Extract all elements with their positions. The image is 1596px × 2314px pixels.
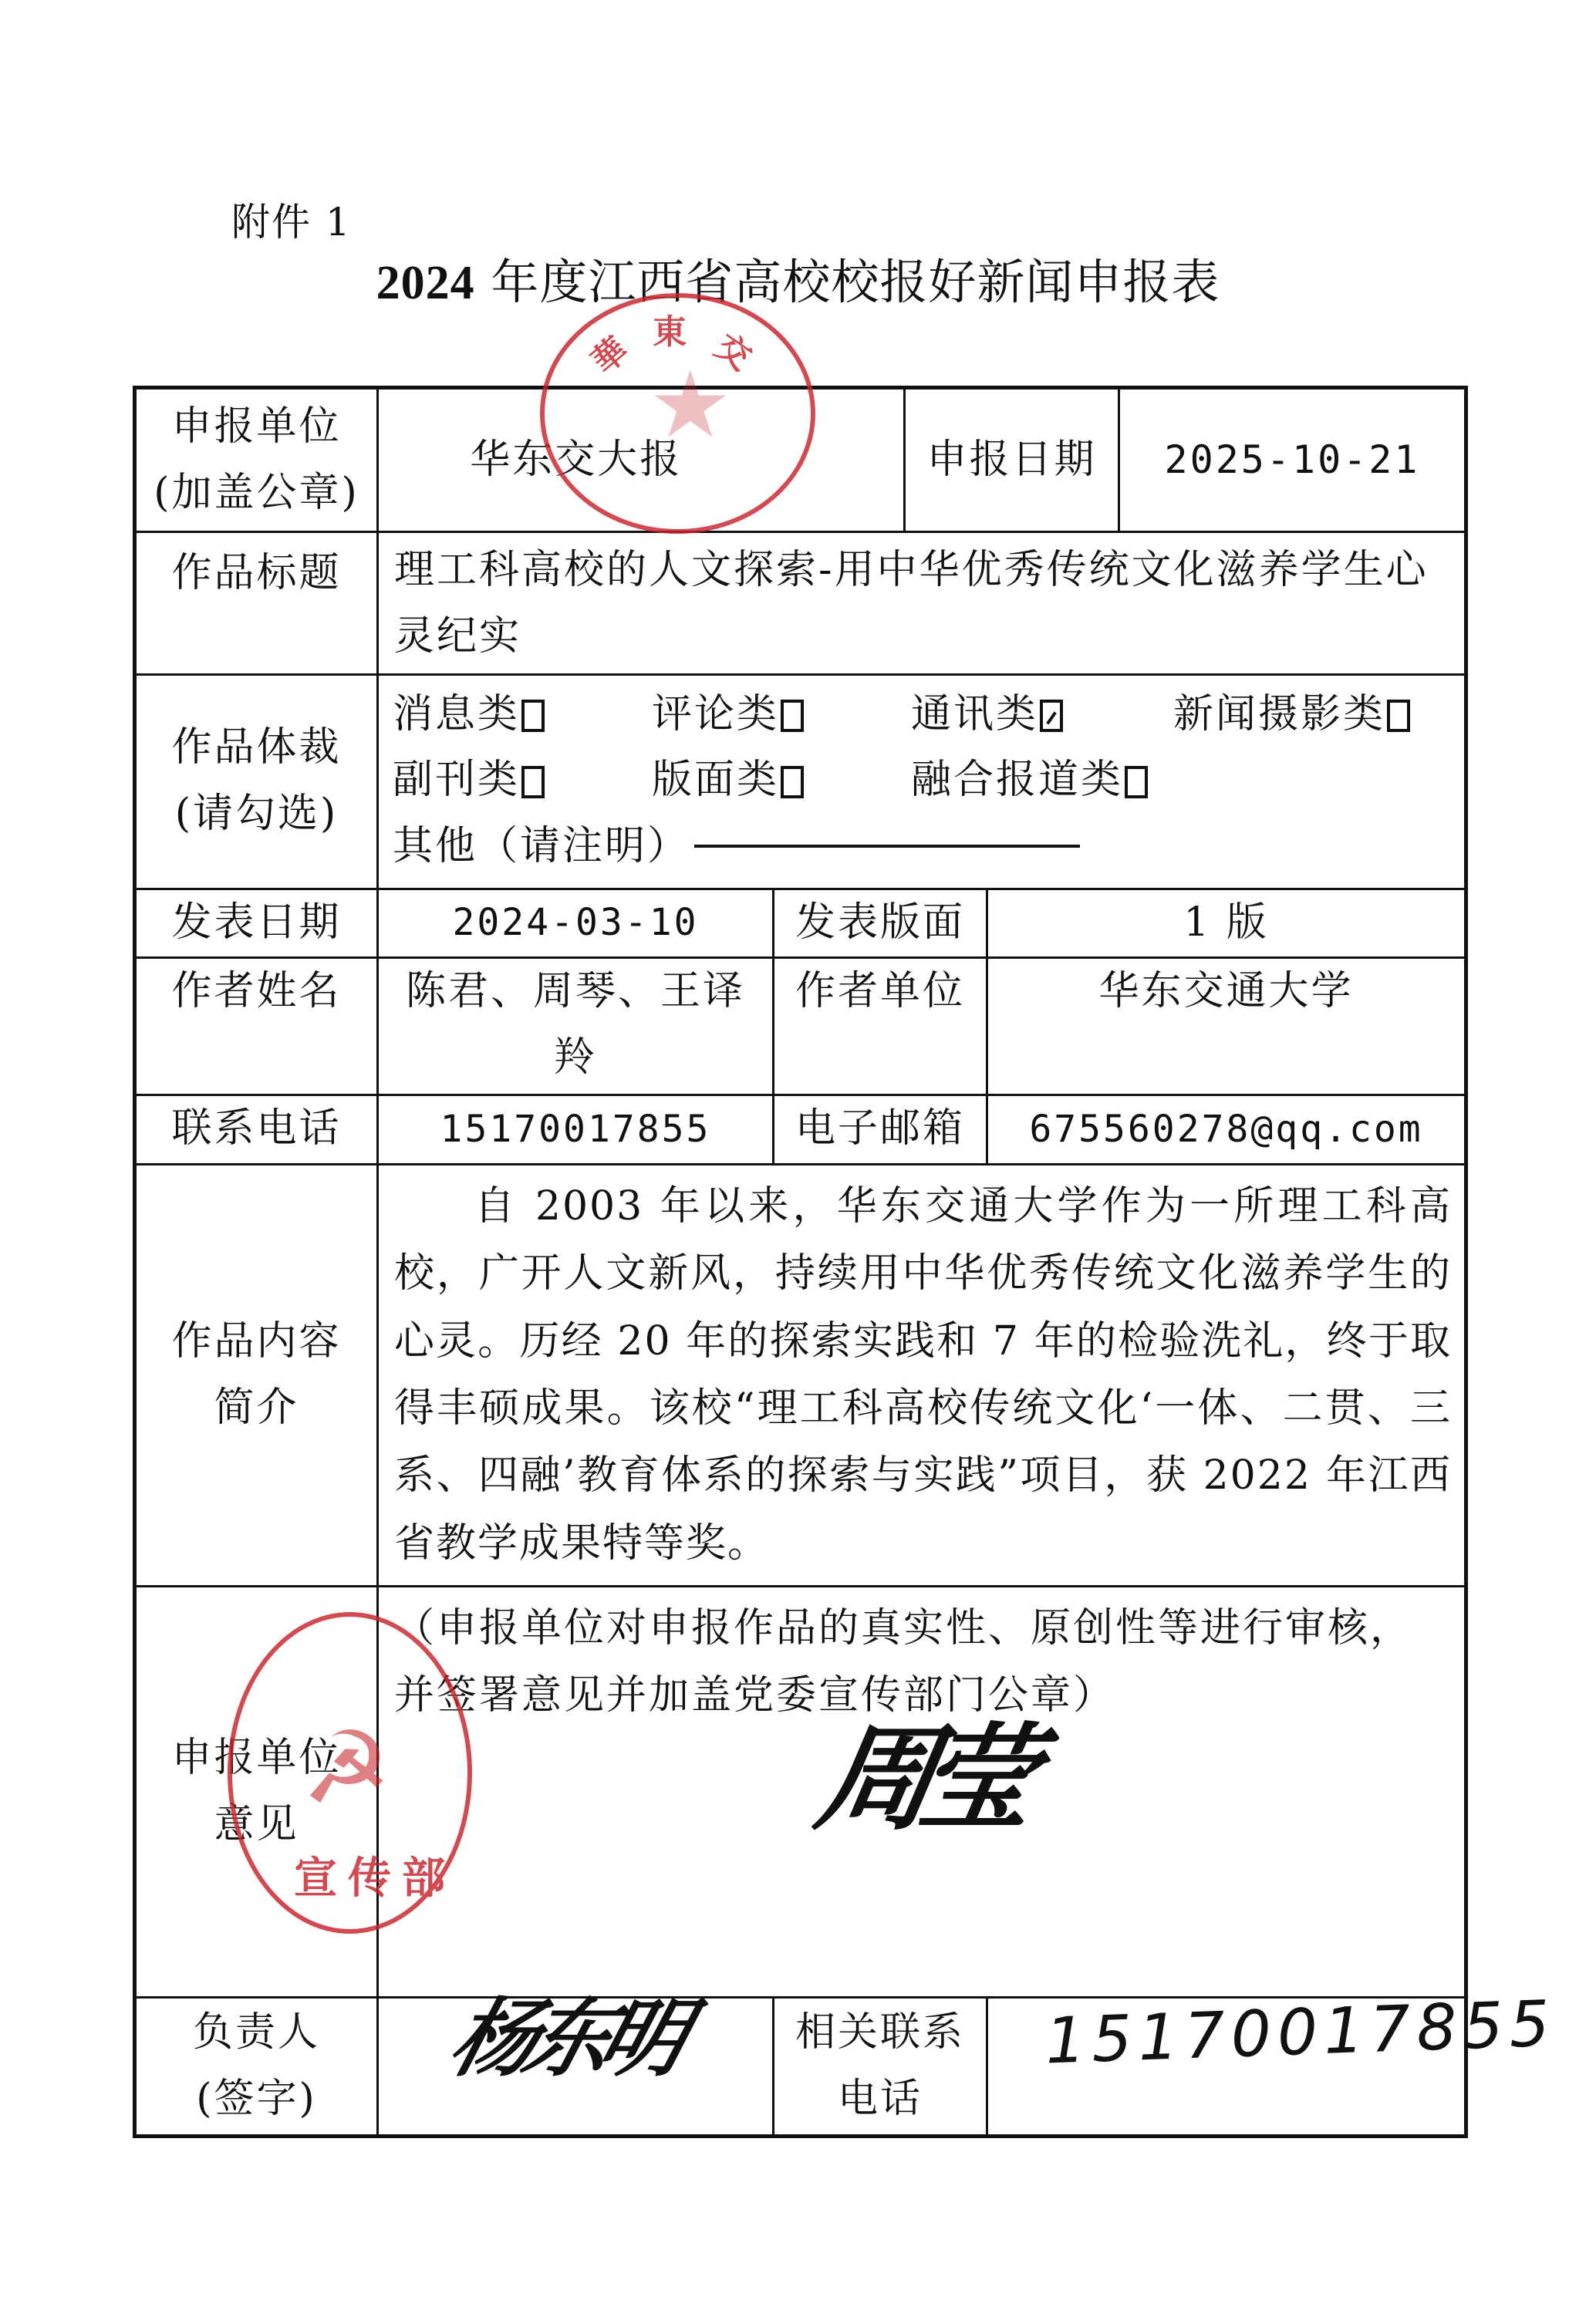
genre-label-line2: (请勾选) [146, 781, 367, 848]
genre-line-3: 其他（请注明） [393, 814, 1455, 880]
contact-phone-label: 相关联系 电话 [774, 1997, 987, 2136]
title-text: 年度江西省高校校报好新闻申报表 [475, 254, 1220, 310]
genre-options: 消息类 评论类 通讯类 新闻摄影类 副刊类 版面类 融合报道类 其他（请注明） [378, 674, 1466, 889]
checkbox-commentary[interactable] [781, 700, 804, 732]
row-authors: 作者姓名 陈君、周琴、王译羚 作者单位 华东交通大学 [135, 957, 1466, 1095]
attachment-label: 附件 1 [231, 191, 352, 247]
checkbox-media-fusion[interactable] [1125, 766, 1148, 798]
genre-label: 作品体裁 (请勾选) [135, 674, 378, 889]
genre-line-1: 消息类 评论类 通讯类 新闻摄影类 [393, 682, 1455, 748]
responsible-label: 负责人 (签字) [135, 1997, 378, 2136]
apply-date-label: 申报日期 [905, 390, 1119, 531]
checkbox-correspondence-checked[interactable] [1040, 700, 1063, 732]
summary-label-line2: 简介 [146, 1375, 367, 1442]
genre-option-photo[interactable]: 新闻摄影类 [1173, 682, 1410, 748]
genre-label-news: 消息类 [393, 682, 520, 748]
party-emblem-icon: ☭ [302, 1709, 392, 1827]
apply-date-wrap: 申报日期 2025-10-21 [774, 388, 1466, 532]
genre-option-correspondence[interactable]: 通讯类 [911, 682, 1173, 748]
genre-label-media-fusion: 融合报道类 [911, 747, 1123, 814]
row-publish: 发表日期 2024-03-10 发表版面 1 版 [135, 889, 1466, 957]
responsible-label-line1: 负责人 [146, 2000, 367, 2066]
authors-label: 作者姓名 [135, 957, 378, 1095]
genre-option-layout[interactable]: 版面类 [652, 747, 911, 814]
genre-other-input[interactable] [694, 814, 1080, 848]
publish-date-value[interactable]: 2024-03-10 [378, 889, 774, 957]
genre-option-news[interactable]: 消息类 [393, 682, 652, 748]
row-summary: 作品内容 简介 自 2003 年以来，华东交通大学作为一所理工科高校，广开人文新… [135, 1164, 1466, 1586]
responsible-label-line2: (签字) [146, 2066, 367, 2133]
authors-value[interactable]: 陈君、周琴、王译羚 [378, 957, 774, 1095]
checkbox-supplement[interactable] [521, 766, 545, 798]
genre-option-media-fusion[interactable]: 融合报道类 [911, 747, 1148, 814]
checkbox-layout[interactable] [781, 766, 804, 798]
genre-label-commentary: 评论类 [652, 682, 779, 748]
unit-label: 申报单位 (加盖公章) [135, 388, 378, 532]
genre-label-correspondence: 通讯类 [911, 682, 1038, 748]
email-label: 电子邮箱 [774, 1095, 987, 1164]
work-title-value[interactable]: 理工科高校的人文探索-用中华优秀传统文化滋养学生心灵纪实 [378, 532, 1466, 675]
seal-char: 東 [653, 304, 687, 353]
propaganda-dept-seal: ☭ 宣传部 [228, 1612, 472, 1934]
genre-label-line1: 作品体裁 [146, 715, 367, 781]
contact-phone-label-line1: 相关联系 [784, 2000, 977, 2066]
phone-value[interactable]: 15170017855 [378, 1095, 774, 1164]
genre-label-supplement: 副刊类 [393, 747, 520, 814]
row-work-title: 作品标题 理工科高校的人文探索-用中华优秀传统文化滋养学生心灵纪实 [135, 532, 1466, 675]
email-value[interactable]: 675560278@qq.com [987, 1095, 1466, 1164]
opinion-signature: 周莹 [807, 1685, 1037, 1852]
seal-bottom-text: 宣传部 [294, 1844, 456, 1906]
genre-option-supplement[interactable]: 副刊类 [393, 747, 652, 814]
genre-label-layout: 版面类 [652, 747, 779, 814]
newspaper-seal: ★ 華 東 交 [540, 293, 815, 534]
author-unit-label: 作者单位 [774, 957, 987, 1095]
checkbox-photo[interactable] [1387, 700, 1410, 732]
unit-label-line1: 申报单位 [146, 394, 367, 460]
genre-label-photo: 新闻摄影类 [1173, 682, 1385, 748]
genre-option-commentary[interactable]: 评论类 [652, 682, 911, 748]
row-genre: 作品体裁 (请勾选) 消息类 评论类 通讯类 新闻摄影类 副刊类 版面类 融合报… [135, 674, 1466, 889]
publish-date-label: 发表日期 [135, 889, 378, 957]
summary-label-line1: 作品内容 [146, 1309, 367, 1375]
summary-value[interactable]: 自 2003 年以来，华东交通大学作为一所理工科高校，广开人文新风，持续用中华优… [378, 1164, 1466, 1586]
publish-page-value[interactable]: 1 版 [987, 889, 1466, 957]
work-title-label: 作品标题 [135, 532, 378, 675]
phone-label: 联系电话 [135, 1095, 378, 1164]
contact-phone-label-line2: 电话 [784, 2066, 977, 2133]
genre-line-2: 副刊类 版面类 融合报道类 [393, 747, 1455, 814]
unit-label-line2: (加盖公章) [146, 460, 367, 527]
document-title: 2024 年度江西省高校校报好新闻申报表 [0, 244, 1596, 312]
summary-label: 作品内容 简介 [135, 1164, 378, 1586]
row-contact: 联系电话 15170017855 电子邮箱 675560278@qq.com [135, 1095, 1466, 1164]
apply-date-inner: 申报日期 2025-10-21 [774, 390, 1465, 531]
title-year: 2024 [376, 257, 475, 309]
responsible-signature: 杨东明 [439, 1971, 693, 2093]
publish-page-label: 发表版面 [774, 889, 987, 957]
checkbox-news[interactable] [521, 700, 545, 732]
apply-date-value[interactable]: 2025-10-21 [1119, 390, 1465, 531]
author-unit-value[interactable]: 华东交通大学 [987, 957, 1466, 1095]
genre-other-label: 其他（请注明） [393, 814, 690, 880]
seal-char: 華 [579, 323, 637, 383]
